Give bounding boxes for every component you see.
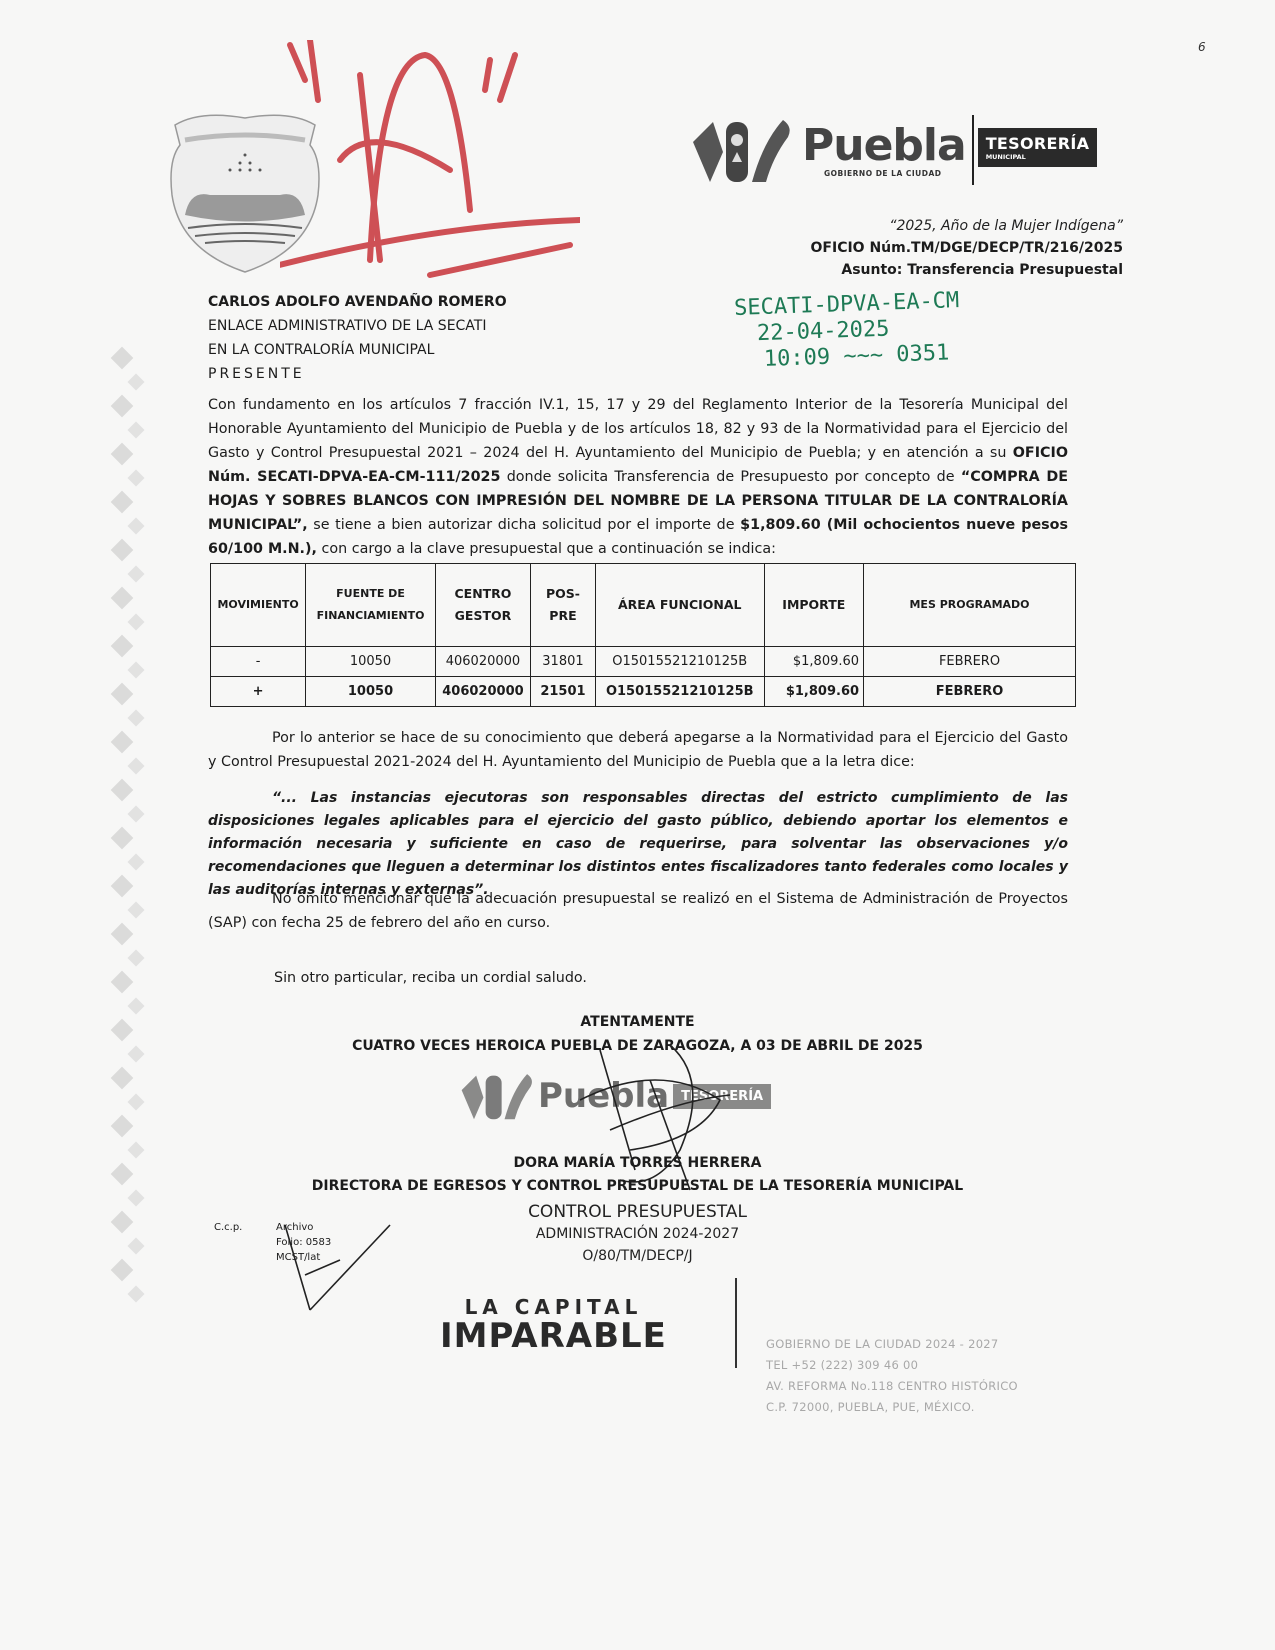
body-paragraph-2: Por lo anterior se hace de su conocimien… bbox=[208, 726, 1068, 774]
signer-title: DIRECTORA DE EGRESOS Y CONTROL PRESUPUES… bbox=[0, 1178, 1275, 1194]
logo-subtitle: GOBIERNO DE LA CIUDAD bbox=[824, 169, 966, 178]
ccp-label: C.c.p. bbox=[214, 1222, 242, 1233]
document-header: “2025, Año de la Mujer Indígena” OFICIO … bbox=[811, 218, 1123, 278]
footer-contact: GOBIERNO DE LA CIUDAD 2024 - 2027 TEL +5… bbox=[766, 1334, 1018, 1418]
regulation-quote: “... Las instancias ejecutoras son respo… bbox=[208, 787, 1068, 902]
capital-imparable-logo: LA CAPITAL IMPARABLE bbox=[440, 1295, 667, 1353]
recipient-name: CARLOS ADOLFO AVENDAÑO ROMERO bbox=[208, 290, 507, 314]
col-area-funcional: ÁREA FUNCIONAL bbox=[595, 564, 764, 647]
budget-transfer-table: MOVIMIENTO FUENTE DE FINANCIAMIENTO CENT… bbox=[210, 563, 1076, 707]
col-movimiento: MOVIMIENTO bbox=[211, 564, 306, 647]
table-row: - 10050 406020000 31801 O15015521210125B… bbox=[211, 647, 1076, 677]
oficio-number: OFICIO Núm.TM/DGE/DECP/TR/216/2025 bbox=[811, 240, 1123, 256]
recipient-title-1: ENLACE ADMINISTRATIVO DE LA SECATI bbox=[208, 314, 507, 338]
seal-line-1: CONTROL PRESUPUESTAL bbox=[0, 1202, 1275, 1222]
recipient-block: CARLOS ADOLFO AVENDAÑO ROMERO ENLACE ADM… bbox=[208, 290, 507, 386]
signer-name: DORA MARÍA TORRES HERRERA bbox=[0, 1155, 1275, 1171]
body-paragraph-1: Con fundamento en los artículos 7 fracci… bbox=[208, 393, 1068, 561]
puebla-emblem-icon bbox=[688, 112, 798, 188]
subject-line: Asunto: Transferencia Presupuestal bbox=[811, 262, 1123, 278]
table-row: + 10050 406020000 21501 O15015521210125B… bbox=[211, 677, 1076, 707]
page-mark: 6 bbox=[1198, 40, 1206, 54]
initials-scribble bbox=[270, 1215, 400, 1315]
col-importe: IMPORTE bbox=[764, 564, 863, 647]
closing-label: ATENTAMENTE bbox=[0, 1014, 1275, 1030]
decorative-side-border bbox=[108, 340, 158, 1510]
col-centro-gestor: CENTRO GESTOR bbox=[435, 564, 530, 647]
tesoreria-badge: TESORERÍA MUNICIPAL bbox=[978, 128, 1098, 167]
presente-label: PRESENTE bbox=[208, 362, 507, 386]
table-header-row: MOVIMIENTO FUENTE DE FINANCIAMIENTO CENT… bbox=[211, 564, 1076, 647]
seal-line-2: ADMINISTRACIÓN 2024-2027 bbox=[0, 1226, 1275, 1242]
year-motto: “2025, Año de la Mujer Indígena” bbox=[811, 218, 1123, 234]
seal-line-3: O/80/TM/DECP/J bbox=[0, 1248, 1275, 1264]
recipient-title-2: EN LA CONTRALORÍA MUNICIPAL bbox=[208, 338, 507, 362]
col-fuente: FUENTE DE FINANCIAMIENTO bbox=[306, 564, 436, 647]
logo-divider bbox=[972, 115, 974, 185]
col-pospre: POS-PRE bbox=[531, 564, 596, 647]
col-mes-programado: MES PROGRAMADO bbox=[864, 564, 1076, 647]
footer-divider bbox=[735, 1278, 737, 1368]
puebla-tesoreria-logo: Puebla GOBIERNO DE LA CIUDAD TESORERÍA M… bbox=[688, 110, 1097, 190]
red-handwritten-mark bbox=[280, 40, 580, 290]
logo-word: Puebla bbox=[802, 123, 966, 169]
puebla-emblem-icon bbox=[458, 1068, 538, 1124]
handwritten-receipt-note: SECATI-DPVA-EA-CM 22-04-2025 10:09 ~~~ 0… bbox=[734, 288, 962, 374]
closing-greeting: Sin otro particular, reciba un cordial s… bbox=[274, 966, 1134, 990]
body-paragraph-3: No omito mencionar que la adecuación pre… bbox=[208, 887, 1068, 935]
